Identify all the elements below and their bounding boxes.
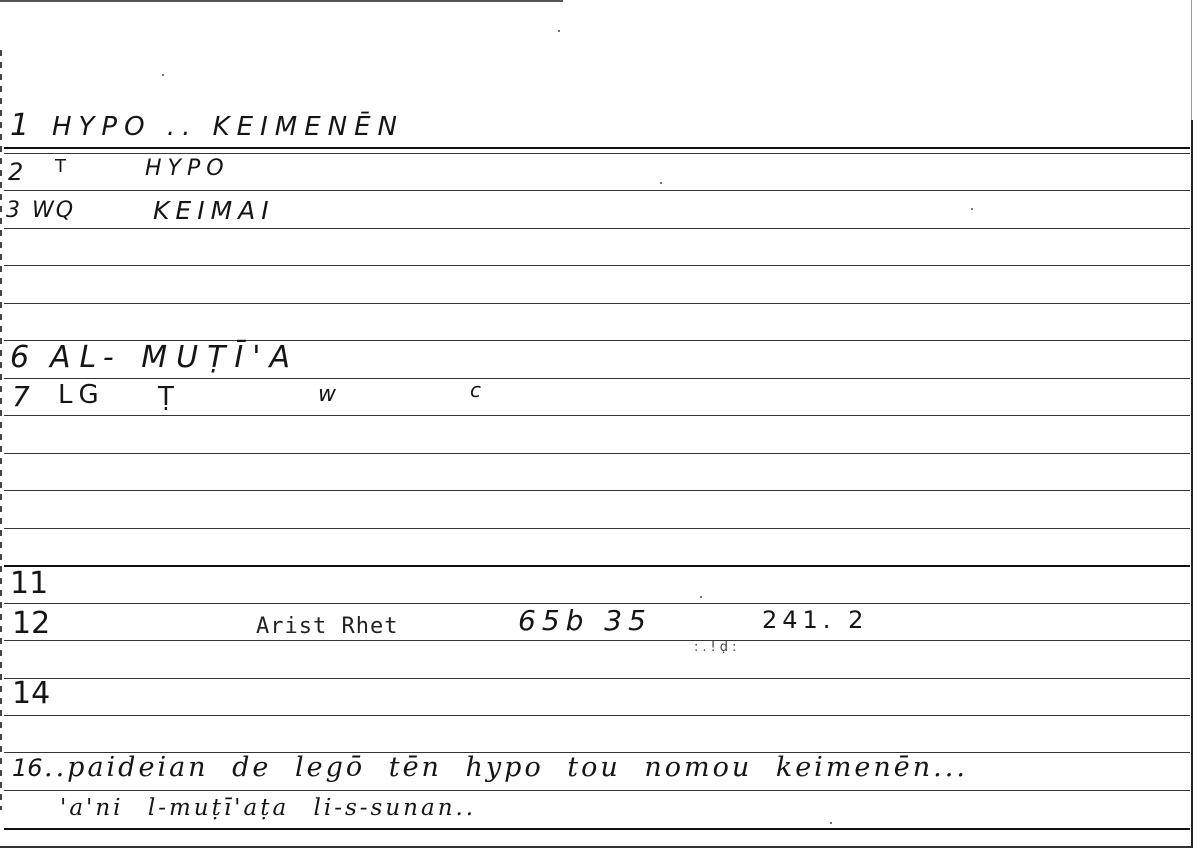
- line-3-number: 3: [6, 198, 24, 223]
- line-16-continuation: 'a'ni l-muṭī'aṭa li-s-sunan..: [60, 795, 476, 821]
- line-7-text4: c: [470, 378, 485, 402]
- rule-line: [4, 415, 1190, 416]
- scan-speck: [700, 596, 702, 598]
- card-right-border-faint: [1191, 0, 1192, 120]
- card-top-border: [0, 0, 563, 2]
- line-11-number: 11: [10, 566, 48, 601]
- rule-line: [4, 678, 1190, 679]
- line-1-number: 1: [10, 108, 33, 143]
- line-12-printed-reference: Arist Rhet: [256, 614, 398, 639]
- line-2-number: 2: [8, 158, 27, 186]
- rule-line: [4, 490, 1190, 491]
- rule-line: [4, 790, 1190, 791]
- line-6-number: 6: [10, 340, 33, 375]
- line-3-text2: KEIMAI: [153, 196, 275, 225]
- line-7-text2: Ṭ: [158, 382, 178, 412]
- line-12-text: 65b 35: [518, 604, 652, 637]
- rule-line: [4, 453, 1190, 454]
- rule-line: [4, 147, 1190, 149]
- rule-line: [4, 303, 1190, 304]
- rule-line: [4, 378, 1190, 379]
- scan-speck: [660, 182, 662, 184]
- scan-speck: [971, 208, 973, 210]
- rule-line: [4, 228, 1190, 229]
- line-12-text2: 241. 2: [762, 606, 868, 634]
- line-14-number: 14: [12, 676, 50, 711]
- rule-line: [4, 715, 1190, 716]
- line-16-text: ..paideian de legō tēn hypo tou nomou ke…: [44, 752, 968, 783]
- line-16-number: 16: [12, 754, 43, 782]
- line-2-text2: HYPO: [145, 156, 230, 181]
- line-3-text: WQ: [32, 198, 75, 223]
- rule-line: [4, 153, 1190, 154]
- rule-line: [4, 528, 1190, 529]
- rule-line: [4, 828, 1190, 830]
- scan-speck: [162, 74, 164, 76]
- rule-line: [4, 265, 1190, 266]
- card-bottom-border: [0, 846, 1192, 848]
- scan-speck: [830, 822, 832, 824]
- index-card: 1 HYPO .. KEIMENĒN 2 T HYPO 3 WQ KEIMAI …: [0, 0, 1200, 854]
- card-left-edge: [0, 50, 2, 810]
- line-2-text: T: [55, 156, 70, 177]
- line-7-number: 7: [12, 380, 34, 413]
- scan-speck: [558, 30, 560, 32]
- line-12-number: 12: [12, 606, 50, 641]
- rule-line: [4, 190, 1190, 191]
- card-right-border: [1191, 120, 1193, 848]
- rule-line: [4, 565, 1190, 567]
- line-7-text3: w: [318, 382, 340, 407]
- line-7-text: LG: [58, 380, 105, 410]
- line-6-text: AL- MUṬĪ'A: [50, 340, 299, 375]
- rule-line: [4, 640, 1190, 641]
- line-1-text: HYPO .. KEIMENĒN: [52, 112, 404, 142]
- line-12-note: :.!ḍ:: [694, 640, 740, 655]
